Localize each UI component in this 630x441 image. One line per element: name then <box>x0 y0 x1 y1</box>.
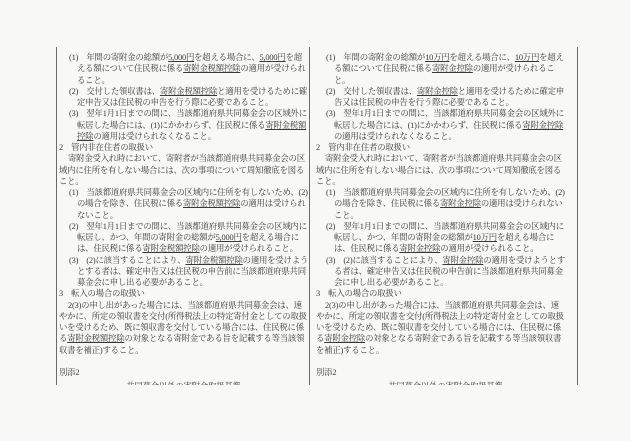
text-run: と適用を受けるために確定申 <box>458 87 564 96</box>
text-run: 収書を補正)すること。 <box>59 346 143 355</box>
text-run: を超える場合に <box>242 233 299 242</box>
doc-line: (2) 翌年1月1日までの間に、当該都道府県共同募金会の区域内に <box>59 221 308 232</box>
text-run: (3) (2)に該当することにより、 <box>69 256 185 265</box>
text-run: 域内に住所を有しない場合には、次の事項について周知徹底を図る <box>316 166 561 175</box>
doc-line: とする者は、確定申告又は住民税の申告前に当該都道府県共同 <box>59 266 308 277</box>
doc-line: の適用は受けられなくなること。 <box>316 131 575 142</box>
doc-line: 2 管内非在住者の取扱い <box>316 142 575 153</box>
doc-line: いを受けるため、既に領収書を交付している場合には、住民税に係 <box>316 322 575 333</box>
doc-line: (1) 当該都道府県共同募金会の区域内に住所を有しないため、(2) <box>316 187 575 198</box>
underlined-term: 寄附金控除 <box>440 199 481 208</box>
doc-line: 会に申し出る必要があること。 <box>316 277 575 288</box>
text-run: (1) 当該都道府県共同募金会の区域内に住所を有しないため、(2) <box>69 188 308 197</box>
doc-line: (2) 交付した領収書は、寄附金控除と適用を受けるために確定申 <box>316 86 575 97</box>
underlined-term: 寄附金税額 <box>265 121 306 130</box>
doc-line: ること。 <box>59 75 308 86</box>
text-run: の適用は受けられなくなること。 <box>334 132 457 141</box>
underlined-term: 寄附金税額控除 <box>185 256 242 265</box>
doc-line: 3 転入の場合の取扱い <box>59 288 308 299</box>
doc-line: 寄附金受入れ時において、寄附者が当該都道府県共同募金会の区 <box>59 153 308 164</box>
text-run: る <box>59 334 67 343</box>
doc-line: を補正)すること。 <box>316 345 575 356</box>
doc-line: (2) 交付した領収書は、寄附金税額控除と適用を受けるために確 <box>59 86 308 97</box>
page-left: (1) 年間の寄附金の総額が5,000円を超える場合に、5,000円を超える額に… <box>57 47 310 385</box>
text-run: の場合を除き、住民税に係る <box>334 199 440 208</box>
doc-line: 2 管内非在住者の取扱い <box>59 142 308 153</box>
text-run: を超 <box>286 53 302 62</box>
text-run: を超える場合に <box>497 233 554 242</box>
text-run: (2) 翌年1月1日までの間に、当該都道府県共同募金会の区域内に <box>69 222 307 231</box>
text-run: (1) 年間の寄附金の総額が <box>69 53 168 62</box>
text-run: の適用が受けられ <box>240 64 305 73</box>
underlined-term: 寄附金税額控除 <box>183 199 240 208</box>
doc-line: 2(3)の申し出があった場合には、当該都道府県共同募金会は、速 <box>316 300 575 311</box>
text-run: (2) 翌年1月1日までの間に、当該都道府県共同募金会の区域内に <box>326 222 564 231</box>
text-run: 転居した場合には、(1)にかかわらず、住民税に係る <box>334 121 522 130</box>
text-run: は、住民税に係る <box>77 244 142 253</box>
text-run: を超える場合に、 <box>194 53 259 62</box>
text-run: いを受けるため、既に領収書を交付している場合には、住民税に係 <box>316 323 561 332</box>
text-run: の適用を受けようとす <box>483 256 565 265</box>
underlined-term: 寄附金税額控除 <box>183 64 240 73</box>
text-run: 寄附金受入れ時において、寄附者が当該都道府県共同募金会の区 <box>325 154 562 163</box>
doc-line: 域内に住所を有しない場合には、次の事項について周知徹底を図る <box>59 165 308 176</box>
doc-line: (3) 翌年1月1日までの間に、当該都道府県共同募金会の区域外に <box>316 108 575 119</box>
text-run: の適用は受けられない <box>481 199 563 208</box>
doc-line: いを受けるため、既に領収書を交付している場合には、住民税に係 <box>59 322 308 333</box>
text-run: (2) 交付した領収書は、 <box>69 87 160 96</box>
text-run: ること。 <box>77 76 110 85</box>
underlined-term: 寄附金税額控除 <box>142 244 199 253</box>
text-run: こと。 <box>59 177 84 186</box>
doc-line: こと。 <box>316 210 575 221</box>
text-run: と適用を受けるために確 <box>217 87 307 96</box>
doc-line: ないこと。 <box>59 210 308 221</box>
text-run: (3) 翌年1月1日までの間に、当該都道府県共同募金会の区域外に <box>69 109 307 118</box>
underlined-term: 10万円 <box>425 53 449 62</box>
text-run: える額について住民税に係る <box>77 64 183 73</box>
page-left-lines: (1) 年間の寄附金の総額が5,000円を超える場合に、5,000円を超える額に… <box>59 52 308 356</box>
text-run: 募金会に申し出る必要があること。 <box>77 278 208 287</box>
text-run: (1) 当該都道府県共同募金会の区域内に住所を有しないため、(2) <box>326 188 565 197</box>
doc-line: 転居し、かつ、年間の寄附金の総額が10万円を超える場合に <box>316 232 575 243</box>
underlined-term: 寄附金税額控除 <box>160 87 217 96</box>
text-run: やかに、所定の領収書を交付(所得税法上の特定寄付金としての取扱 <box>316 312 564 321</box>
underlined-term: 10万円 <box>515 53 539 62</box>
doc-line: こと。 <box>59 176 308 187</box>
text-run: 2 管内非在住者の取扱い <box>59 143 153 152</box>
doc-line: 募金会に申し出る必要があること。 <box>59 277 308 288</box>
doc-line: (3) 翌年1月1日までの間に、当該都道府県共同募金会の区域外に <box>59 108 308 119</box>
doc-line: (3) (2)に該当することにより、寄附金税額控除の適用を受けよう <box>59 255 308 266</box>
underlined-term: 5,000円 <box>168 53 194 62</box>
text-run: の適用は受けられなくなること。 <box>93 132 216 141</box>
text-run: (3) 翌年1月1日までの間に、当該都道府県共同募金会の区域外に <box>326 109 564 118</box>
doc-line: る額について住民税に係る寄附金控除の適用が受けられるこ <box>316 63 575 74</box>
underlined-term: 寄附金控除 <box>399 244 440 253</box>
underlined-term: 5,000円 <box>216 233 242 242</box>
doc-line: える額について住民税に係る寄附金税額控除の適用が受けられ <box>59 63 308 74</box>
text-run: 転居し、かつ、年間の寄附金の総額が <box>77 233 216 242</box>
doc-line: 2(3)の申し出があった場合には、当該都道府県共同募金会は、速 <box>59 300 308 311</box>
document-sheet: (1) 年間の寄附金の総額が5,000円を超える場合に、5,000円を超える額に… <box>56 47 578 385</box>
text-run: る者は、確定申告又は住民税の申告前に当該都道府県共同募金 <box>334 267 563 276</box>
underlined-term: 寄附金控除 <box>417 87 458 96</box>
text-run: の適用が受けられること。 <box>200 244 298 253</box>
doc-line: 定申告又は住民税の申告を行う際に必要であること。 <box>59 97 308 108</box>
doc-line: る者は、確定申告又は住民税の申告前に当該都道府県共同募金 <box>316 266 575 277</box>
text-run: を超える場合に、 <box>449 53 514 62</box>
text-run: ないこと。 <box>77 211 118 220</box>
text-run: 寄附金受入れ時において、寄附者が当該都道府県共同募金会の区 <box>68 154 305 163</box>
text-run: 告又は住民税の申告を行う際に必要であること。 <box>334 98 514 107</box>
text-run: の適用は受けられ <box>240 199 305 208</box>
doc-line: 控除の適用は受けられなくなること。 <box>59 131 308 142</box>
text-run: いを受けるため、既に領収書を交付している場合には、住民税に係 <box>59 323 304 332</box>
doc-line: 告又は住民税の申告を行う際に必要であること。 <box>316 97 575 108</box>
text-run: 2(3)の申し出があった場合には、当該都道府県共同募金会は、速 <box>68 301 302 310</box>
doc-line: 寄附金受入れ時において、寄附者が当該都道府県共同募金会の区 <box>316 153 575 164</box>
text-run: 域内に住所を有しない場合には、次の事項について周知徹底を図る <box>59 166 304 175</box>
text-run: こと。 <box>334 211 359 220</box>
text-run: の適用を受けよう <box>243 256 308 265</box>
doc-line: 収書を補正)すること。 <box>59 345 308 356</box>
text-run: を補正)すること。 <box>316 346 384 355</box>
text-run: の対象となる寄附金である旨を記載する等当該領 <box>124 334 304 343</box>
underlined-term: 寄附金控除 <box>522 121 563 130</box>
doc-line: 3 転入の場合の取扱い <box>316 288 575 299</box>
text-run: やかに、所定の領収書を交付(所得税法上の特定寄付金としての取扱 <box>59 312 307 321</box>
attachment-label: 別添2 <box>59 367 308 378</box>
underlined-term: 寄附金控除 <box>432 64 473 73</box>
doc-line: る寄附金控除の対象となる寄附金である旨を記載する等当該領収書 <box>316 333 575 344</box>
doc-line: の場合を除き、住民税に係る寄附金控除の適用は受けられない <box>316 198 575 209</box>
doc-line: (1) 年間の寄附金の総額が10万円を超える場合に、10万円を超え <box>316 52 575 63</box>
text-run: 3 転入の場合の取扱い <box>316 289 402 298</box>
text-run: とする者は、確定申告又は住民税の申告前に当該都道府県共同 <box>77 267 306 276</box>
text-run: (2) 交付した領収書は、 <box>326 87 417 96</box>
doc-line: やかに、所定の領収書を交付(所得税法上の特定寄付金としての取扱 <box>316 311 575 322</box>
attachment-title: 共同募金以外の寄附金取扱基準 <box>59 381 308 385</box>
text-run: 2 管内非在住者の取扱い <box>316 143 410 152</box>
doc-line: (3) (2)に該当することにより、寄附金控除の適用を受けようとす <box>316 255 575 266</box>
underlined-term: 10万円 <box>473 233 497 242</box>
doc-line: と。 <box>316 75 575 86</box>
text-run: る額について住民税に係る <box>334 64 432 73</box>
text-run: 3 転入の場合の取扱い <box>59 289 145 298</box>
doc-line: 転居した場合には、(1)にかかわらず、住民税に係る寄附金税額 <box>59 120 308 131</box>
doc-line: (1) 年間の寄附金の総額が5,000円を超える場合に、5,000円を超 <box>59 52 308 63</box>
page-right-lines: (1) 年間の寄附金の総額が10万円を超える場合に、10万円を超える額について住… <box>316 52 575 356</box>
page-right: (1) 年間の寄附金の総額が10万円を超える場合に、10万円を超える額について住… <box>310 47 576 385</box>
underlined-term: 寄附金控除 <box>324 334 365 343</box>
doc-line: こと。 <box>316 176 575 187</box>
text-run: の場合を除き、住民税に係る <box>77 199 183 208</box>
text-run: は、住民税に係る <box>334 244 399 253</box>
text-run: 転居した場合には、(1)にかかわらず、住民税に係る <box>77 121 265 130</box>
text-run: (3) (2)に該当することにより、 <box>326 256 442 265</box>
doc-line: 転居し、かつ、年間の寄附金の総額が5,000円を超える場合に <box>59 232 308 243</box>
text-run: の適用が受けられること。 <box>440 244 538 253</box>
text-run: の適用が受けられるこ <box>473 64 555 73</box>
text-run: 会に申し出る必要があること。 <box>334 278 448 287</box>
doc-line: やかに、所定の領収書を交付(所得税法上の特定寄付金としての取扱 <box>59 311 308 322</box>
text-run: こと。 <box>316 177 341 186</box>
text-run: 定申告又は住民税の申告を行う際に必要であること。 <box>77 98 273 107</box>
doc-line: (1) 当該都道府県共同募金会の区域内に住所を有しないため、(2) <box>59 187 308 198</box>
underlined-term: 控除 <box>77 132 93 141</box>
doc-line: る寄附金税額控除の対象となる寄附金である旨を記載する等当該領 <box>59 333 308 344</box>
attachment-title: 共同募金以外の寄附金取扱基準 <box>316 381 575 385</box>
text-run: 転居し、かつ、年間の寄附金の総額が <box>334 233 473 242</box>
text-run: (1) 年間の寄附金の総額が <box>326 53 425 62</box>
doc-line: 域内に住所を有しない場合には、次の事項について周知徹底を図る <box>316 165 575 176</box>
doc-line: は、住民税に係る寄附金控除の適用が受けられること。 <box>316 243 575 254</box>
underlined-term: 5,000円 <box>260 53 286 62</box>
text-run: る <box>316 334 324 343</box>
doc-line: 転居した場合には、(1)にかかわらず、住民税に係る寄附金控除 <box>316 120 575 131</box>
text-run: を超え <box>539 53 564 62</box>
doc-line: (2) 翌年1月1日までの間に、当該都道府県共同募金会の区域内に <box>316 221 575 232</box>
attachment-label: 別添2 <box>316 367 575 378</box>
doc-line: の場合を除き、住民税に係る寄附金税額控除の適用は受けられ <box>59 198 308 209</box>
text-run: 2(3)の申し出があった場合には、当該都道府県共同募金会は、速 <box>325 301 559 310</box>
text-run: の対象となる寄附金である旨を記載する等当該領収書 <box>365 334 561 343</box>
text-run: と。 <box>334 76 350 85</box>
underlined-term: 寄附金税額控除 <box>67 334 124 343</box>
doc-line: は、住民税に係る寄附金税額控除の適用が受けられること。 <box>59 243 308 254</box>
underlined-term: 寄附金控除 <box>442 256 483 265</box>
